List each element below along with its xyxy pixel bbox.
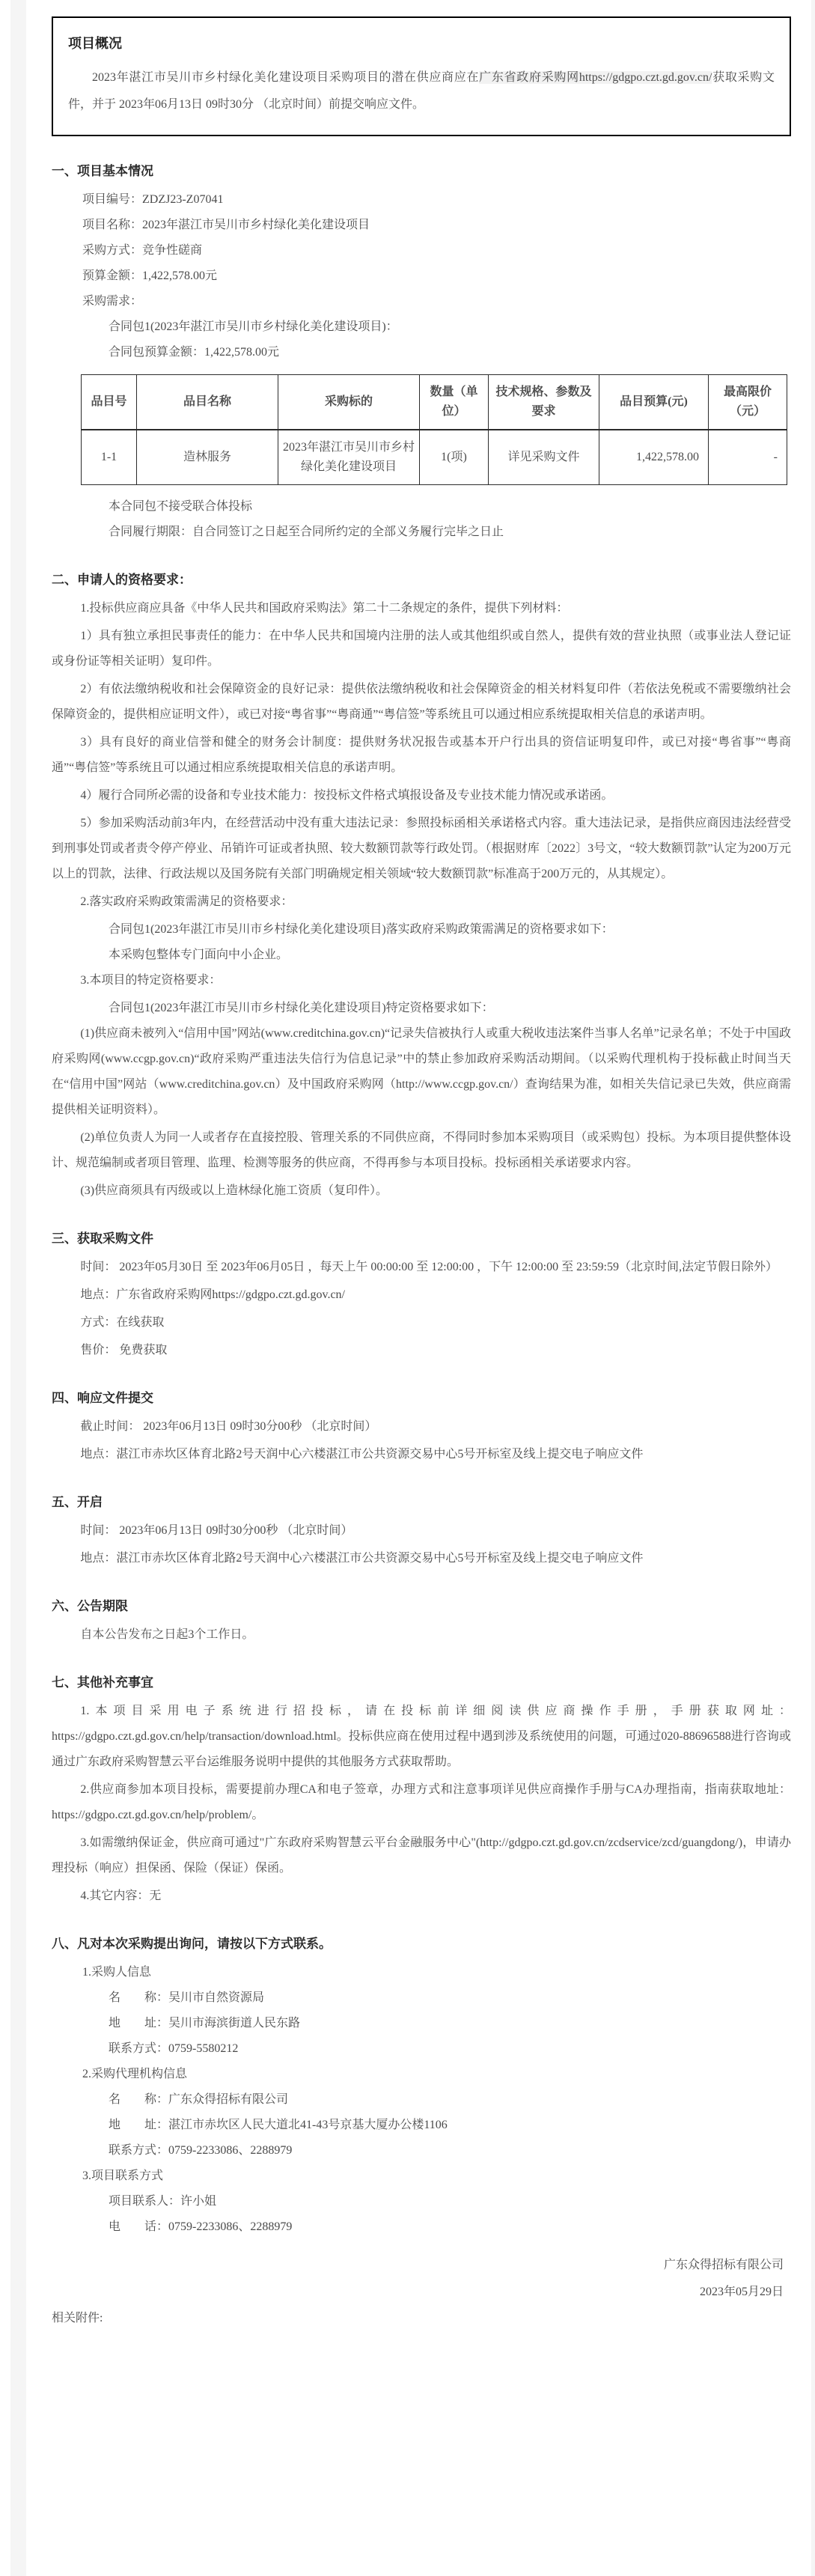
contact-value: 0759-2233086、2288979 bbox=[168, 2144, 292, 2157]
purchaser-name-row: 名 称：吴川市自然资源局 bbox=[52, 1985, 791, 2011]
agency-phone-row: 联系方式：0759-2233086、2288979 bbox=[52, 2138, 791, 2164]
doc-acquire-method: 方式：在线获取 bbox=[52, 1310, 791, 1336]
contact-label: 地 址： bbox=[109, 2017, 168, 2030]
contact-value: 0759-5580212 bbox=[168, 2042, 238, 2055]
field-label: 预算金额： bbox=[82, 270, 142, 282]
col-item-name: 品目名称 bbox=[137, 375, 278, 430]
purchaser-phone-row: 联系方式：0759-5580212 bbox=[52, 2036, 791, 2062]
policy-requirement-sme: 本采购包整体专门面向中小企业。 bbox=[52, 943, 791, 968]
section-8-heading: 八、凡对本次采购提出询问，请按以下方式联系。 bbox=[52, 1936, 791, 1952]
section-5-heading: 五、开启 bbox=[52, 1494, 791, 1511]
signature-org: 广东众得招标有限公司 bbox=[52, 2252, 784, 2279]
field-label: 项目编号： bbox=[82, 193, 142, 206]
section-7-heading: 七、其他补充事宜 bbox=[52, 1675, 791, 1691]
col-procurement-subject: 采购标的 bbox=[278, 375, 420, 430]
project-overview-title: 项目概况 bbox=[68, 33, 775, 52]
items-table-header-row: 品目号 品目名称 采购标的 数量（单位） 技术规格、参数及要求 品目预算(元) … bbox=[82, 375, 787, 430]
field-label: 项目名称： bbox=[82, 219, 142, 231]
project-overview-intro: 2023年湛江市吴川市乡村绿化美化建设项目采购项目的潜在供应商应在广东省政府采购… bbox=[68, 64, 775, 118]
agency-info-title: 2.采购代理机构信息 bbox=[52, 2062, 791, 2087]
section-6-heading: 六、公告期限 bbox=[52, 1598, 791, 1615]
contract-package-budget: 合同包预算金额：1,422,578.00元 bbox=[52, 340, 791, 365]
specific-requirement-package: 合同包1(2023年湛江市吴川市乡村绿化美化建设项目)特定资格要求如下： bbox=[52, 996, 791, 1021]
purchaser-info-title: 1.采购人信息 bbox=[52, 1960, 791, 1985]
specific-requirement-2: (2)单位负责人为同一人或者存在直接控股、管理关系的不同供应商，不得同时参加本采… bbox=[52, 1125, 791, 1176]
supplement-item-4: 4.其它内容：无 bbox=[52, 1884, 791, 1909]
col-tech-spec: 技术规格、参数及要求 bbox=[489, 375, 599, 430]
submission-place: 地点：湛江市赤坎区体育北路2号天润中心六楼湛江市公共资源交易中心5号开标室及线上… bbox=[52, 1442, 791, 1467]
items-table: 品目号 品目名称 采购标的 数量（单位） 技术规格、参数及要求 品目预算(元) … bbox=[81, 374, 787, 485]
submission-deadline: 截止时间： 2023年06月13日 09时30分00秒 （北京时间） bbox=[52, 1414, 791, 1440]
field-value: 竞争性磋商 bbox=[142, 244, 202, 257]
budget-amount-row: 预算金额：1,422,578.00元 bbox=[52, 264, 791, 289]
contact-value: 许小姐 bbox=[180, 2195, 216, 2208]
contact-value: 吴川市自然资源局 bbox=[168, 1991, 264, 2004]
opening-place: 地点：湛江市赤坎区体育北路2号天润中心六楼湛江市公共资源交易中心5号开标室及线上… bbox=[52, 1546, 791, 1571]
contact-label: 联系方式： bbox=[109, 2144, 168, 2157]
doc-acquire-place: 地点：广东省政府采购网https://gdgpo.czt.gd.gov.cn/ bbox=[52, 1282, 791, 1308]
project-number-row: 项目编号：ZDZJ23-Z07041 bbox=[52, 187, 791, 213]
cell-tech-spec: 详见采购文件 bbox=[489, 430, 599, 485]
contact-value: 0759-2233086、2288979 bbox=[168, 2220, 292, 2233]
qualification-item-1: 1）具有独立承担民事责任的能力：在中华人民共和国境内注册的法人或其他组织或自然人… bbox=[52, 624, 791, 675]
cell-procurement-subject: 2023年湛江市吴川市乡村绿化美化建设项目 bbox=[278, 430, 420, 485]
col-max-price: 最高限价（元） bbox=[709, 375, 787, 430]
items-table-row: 1-1 造林服务 2023年湛江市吴川市乡村绿化美化建设项目 1(项) 详见采购… bbox=[82, 430, 787, 485]
field-value: 2023年湛江市吴川市乡村绿化美化建设项目 bbox=[142, 219, 370, 231]
contact-label: 项目联系人： bbox=[109, 2195, 180, 2208]
qualification-item-4: 4）履行合同所必需的设备和专业技术能力：按投标文件格式填报设备及专业技术能力情况… bbox=[52, 783, 791, 809]
cell-item-name: 造林服务 bbox=[137, 430, 278, 485]
col-item-no: 品目号 bbox=[82, 375, 137, 430]
right-gutter bbox=[811, 0, 815, 2576]
qualification-item-5: 5）参加采购活动前3年内，在经营活动中没有重大违法记录：参照投标函相关承诺格式内… bbox=[52, 811, 791, 887]
attachments-label: 相关附件: bbox=[52, 2306, 791, 2331]
left-gutter bbox=[10, 0, 26, 2576]
opening-time: 时间： 2023年06月13日 09时30分00秒 （北京时间） bbox=[52, 1518, 791, 1544]
demand-label: 采购需求： bbox=[52, 289, 791, 314]
signature-date: 2023年05月29日 bbox=[52, 2279, 784, 2306]
section-3-heading: 三、获取采购文件 bbox=[52, 1231, 791, 1247]
purchaser-address-row: 地 址：吴川市海滨街道人民东路 bbox=[52, 2011, 791, 2036]
specific-requirement-1: (1)供应商未被列入“信用中国”网站(www.creditchina.gov.c… bbox=[52, 1021, 791, 1123]
announcement-period: 自本公告发布之日起3个工作日。 bbox=[52, 1622, 791, 1648]
project-contact-phone-row: 电 话：0759-2233086、2288979 bbox=[52, 2214, 791, 2240]
supplement-item-1: 1.本项目采用电子系统进行招投标，请在投标前详细阅读供应商操作手册，手册获取网址… bbox=[52, 1699, 791, 1775]
intro-text-before: 2023年湛江市吴川市乡村绿化美化建设项目采购项目的潜在供应商应在 bbox=[92, 71, 479, 84]
contract-duration-note: 合同履行期限：自合同签订之日起至合同所约定的全部义务履行完毕之日止 bbox=[52, 520, 791, 545]
qualification-item-3: 3）具有良好的商业信誉和健全的财务会计制度：提供财务状况报告或基本开户行出具的资… bbox=[52, 730, 791, 781]
contact-label: 名 称： bbox=[109, 2093, 168, 2106]
announcement-document: 项目概况 2023年湛江市吴川市乡村绿化美化建设项目采购项目的潜在供应商应在广东… bbox=[52, 0, 791, 2331]
field-label: 采购方式： bbox=[82, 244, 142, 257]
doc-acquire-time: 时间： 2023年05月30日 至 2023年06月05日 ，每天上午 00:0… bbox=[52, 1255, 791, 1280]
project-overview-box: 项目概况 2023年湛江市吴川市乡村绿化美化建设项目采购项目的潜在供应商应在广东… bbox=[52, 16, 791, 136]
contact-value: 吴川市海滨街道人民东路 bbox=[168, 2017, 300, 2030]
agency-name-row: 名 称：广东众得招标有限公司 bbox=[52, 2087, 791, 2113]
section-4-heading: 四、响应文件提交 bbox=[52, 1390, 791, 1407]
specific-requirement-title: 3.本项目的特定资格要求： bbox=[52, 968, 791, 993]
supplement-item-3: 3.如需缴纳保证金，供应商可通过"广东政府采购智慧云平台金融服务中心"(http… bbox=[52, 1830, 791, 1881]
cell-quantity-unit: 1(项) bbox=[420, 430, 489, 485]
contact-label: 联系方式： bbox=[109, 2042, 168, 2055]
field-value: 1,422,578.00元 bbox=[142, 270, 217, 282]
policy-requirement-package: 合同包1(2023年湛江市吴川市乡村绿化美化建设项目)落实政府采购政策需满足的资… bbox=[52, 917, 791, 943]
contact-label: 地 址： bbox=[109, 2119, 168, 2131]
col-quantity-unit: 数量（单位） bbox=[420, 375, 489, 430]
doc-acquire-price: 售价： 免费获取 bbox=[52, 1338, 791, 1363]
section-1-heading: 一、项目基本情况 bbox=[52, 163, 791, 180]
agency-address-row: 地 址：湛江市赤坎区人民大道北41-43号京基大厦办公楼1106 bbox=[52, 2113, 791, 2138]
contact-label: 电 话： bbox=[109, 2220, 168, 2233]
project-name-row: 项目名称：2023年湛江市吴川市乡村绿化美化建设项目 bbox=[52, 213, 791, 238]
cell-item-no: 1-1 bbox=[82, 430, 137, 485]
document-page: { "overview": { "heading": "项目概况", "intr… bbox=[0, 0, 815, 2576]
cell-max-price: - bbox=[709, 430, 787, 485]
section-2-heading: 二、申请人的资格要求： bbox=[52, 572, 791, 588]
contact-value: 广东众得招标有限公司 bbox=[168, 2093, 288, 2106]
no-joint-bid-note: 本合同包不接受联合体投标 bbox=[52, 494, 791, 520]
cell-item-budget: 1,422,578.00 bbox=[599, 430, 709, 485]
contact-value: 湛江市赤坎区人民大道北41-43号京基大厦办公楼1106 bbox=[168, 2119, 448, 2131]
specific-requirement-3: (3)供应商须具有丙级或以上造林绿化施工资质（复印件）。 bbox=[52, 1178, 791, 1204]
procurement-site-link: 广东省政府采购网https://gdgpo.czt.gd.gov.cn/ bbox=[479, 71, 712, 84]
field-value: ZDZJ23-Z07041 bbox=[142, 193, 223, 206]
qualification-intro: 1.投标供应商应具备《中华人民共和国政府采购法》第二十二条规定的条件，提供下列材… bbox=[52, 596, 791, 621]
project-contact-person-row: 项目联系人：许小姐 bbox=[52, 2189, 791, 2214]
contract-package-line: 合同包1(2023年湛江市吴川市乡村绿化美化建设项目)： bbox=[52, 314, 791, 340]
procurement-method-row: 采购方式：竞争性磋商 bbox=[52, 238, 791, 264]
contact-label: 名 称： bbox=[109, 1991, 168, 2004]
supplement-item-2: 2.供应商参加本项目投标，需要提前办理CA和电子签章，办理方式和注意事项详见供应… bbox=[52, 1777, 791, 1828]
col-item-budget: 品目预算(元) bbox=[599, 375, 709, 430]
project-contact-title: 3.项目联系方式 bbox=[52, 2164, 791, 2189]
qualification-item-2: 2）有依法缴纳税收和社会保障资金的良好记录：提供依法缴纳税收和社会保障资金的相关… bbox=[52, 677, 791, 728]
policy-requirement-title: 2.落实政府采购政策需满足的资格要求： bbox=[52, 889, 791, 915]
signature-block: 广东众得招标有限公司 2023年05月29日 bbox=[52, 2252, 791, 2306]
